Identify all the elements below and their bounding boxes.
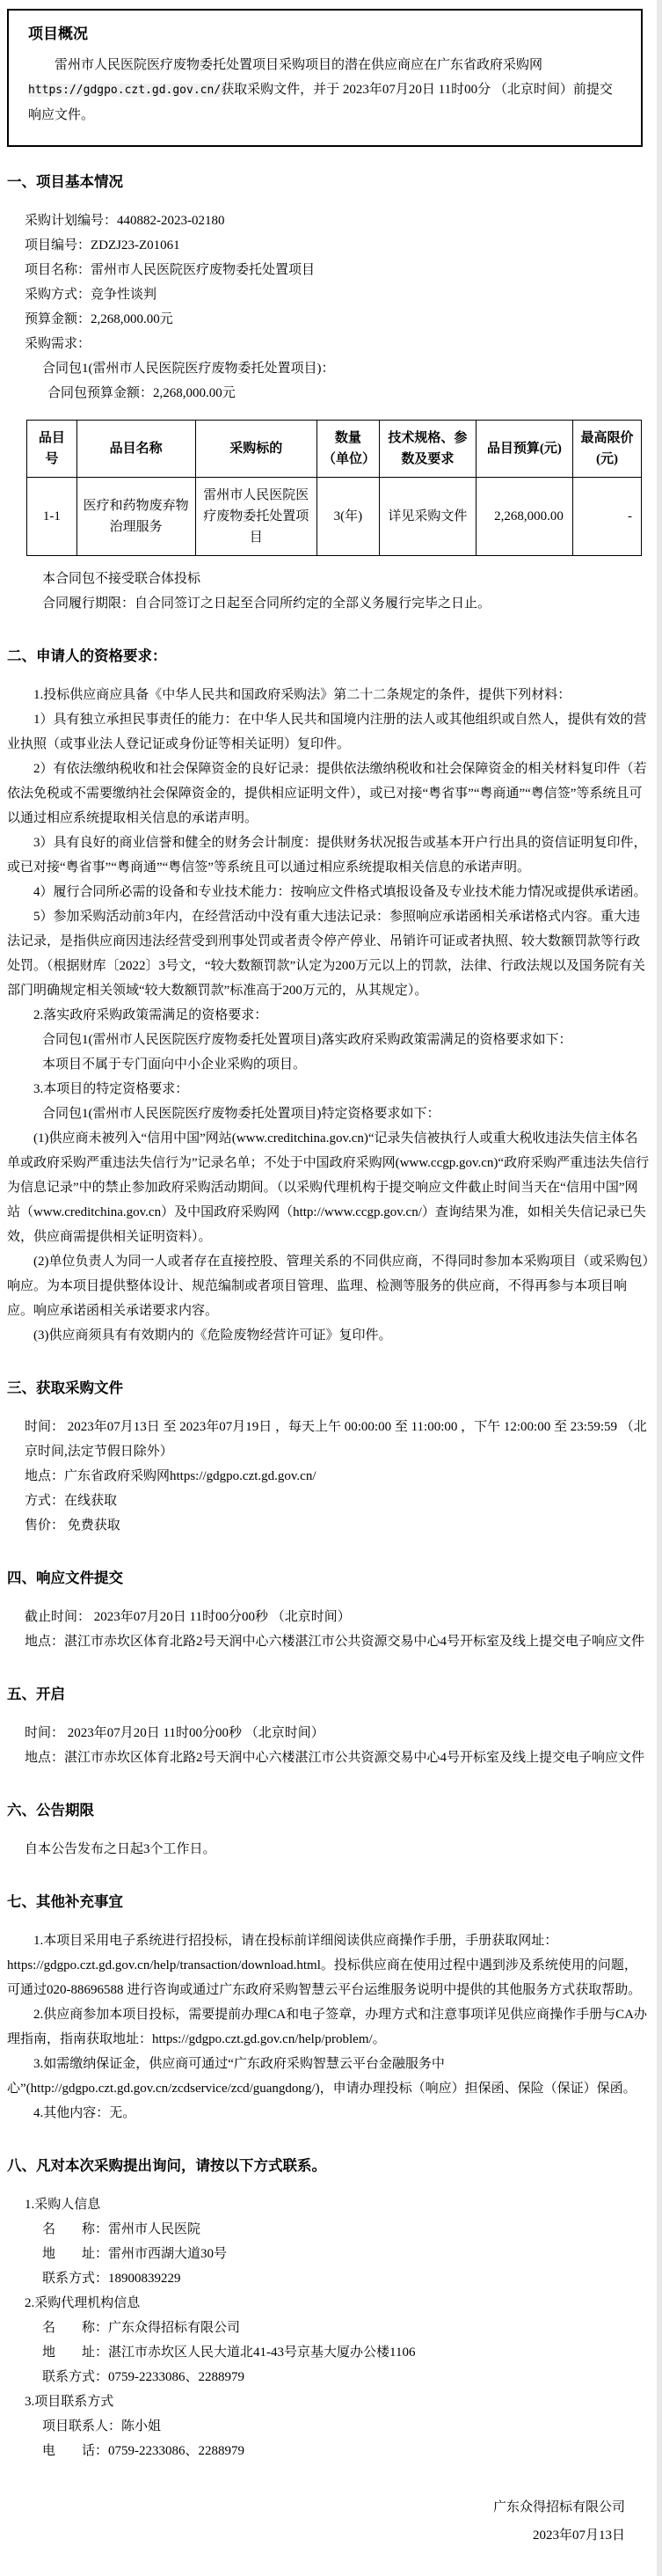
obtain-method: 方式：在线获取 [25,1489,650,1513]
cell-max-price: - [572,478,641,556]
qual-item-1-2: 2）有依法缴纳税收和社会保障资金的良好记录：提供依法缴纳税收和社会保障资金的相关… [7,757,650,831]
project-contact-person: 项目联系人：陈小姐 [42,2414,650,2439]
footer-signature: 广东众得招标有限公司 2023年07月13日 [7,2493,650,2550]
project-overview-box: 项目概况 雷州市人民医院医疗废物委托处置项目采购项目的潜在供应商应在广东省政府采… [7,9,643,147]
qual-item-2-1: 合同包1(雷州市人民医院医疗废物委托处置项目)落实政府采购政策需满足的资格要求如… [42,1028,650,1052]
col-header-max-price: 最高限价(元) [572,421,641,478]
announcement-page: 项目概况 雷州市人民医院医疗废物委托处置项目采购项目的潜在供应商应在广东省政府采… [0,0,662,2576]
col-header-spec: 技术规格、参数及要求 [379,421,476,478]
supplementary-item-4: 4.其他内容：无。 [7,2101,650,2126]
qual-item-3-3: (2)单位负责人为同一人或者存在直接控股、管理关系的不同供应商，不得同时参加本采… [7,1249,650,1323]
obtain-time: 时间： 2023年07月13日 至 2023年07月19日 ，每天上午 00:0… [25,1415,650,1464]
procurement-demand-label: 采购需求： [25,332,650,356]
footer-company: 广东众得招标有限公司 [7,2493,625,2521]
plan-number: 采购计划编号：440882-2023-02180 [25,209,650,233]
obtain-price: 售价： 免费获取 [25,1513,650,1538]
qual-item-3: 3.本项目的特定资格要求： [7,1077,650,1101]
project-contact-phone: 电 话：0759-2233086、2288979 [42,2439,650,2463]
procurement-method: 采购方式：竞争性谈判 [25,282,650,307]
section-obtain-documents-heading: 三、获取采购文件 [7,1378,650,1399]
agent-name: 名 称：广东众得招标有限公司 [42,2316,650,2340]
submission-place: 地点：湛江市赤坎区体育北路2号天润中心六楼湛江市公共资源交易中心4号开标室及线上… [25,1629,650,1654]
buyer-info-title: 1.采购人信息 [25,2192,650,2217]
buyer-name: 名 称：雷州市人民医院 [42,2217,650,2242]
col-header-budget: 品目预算(元) [476,421,572,478]
submission-deadline: 截止时间： 2023年07月20日 11时00分00秒 （北京时间） [25,1605,650,1629]
supplementary-item-1: 1.本项目采用电子系统进行招投标，请在投标前详细阅读供应商操作手册，手册获取网址… [7,1928,650,2002]
procurement-site-url: https://gdgpo.czt.gd.gov.cn/ [28,84,221,97]
supplementary-item-2: 2.供应商参加本项目投标，需要提前办理CA和电子签章，办理方式和注意事项详见供应… [7,2002,650,2052]
qual-item-1-3: 3）具有良好的商业信誉和健全的财务会计制度：提供财务状况报告或基本开户行出具的资… [7,831,650,880]
opening-place: 地点：湛江市赤坎区体育北路2号天润中心六楼湛江市公共资源交易中心4号开标室及线上… [25,1745,650,1770]
items-table: 品目号 品目名称 采购标的 数量（单位） 技术规格、参数及要求 品目预算(元) … [26,420,642,556]
project-number: 项目编号：ZDZJ23-Z01061 [25,233,650,258]
qual-item-1-1: 1）具有独立承担民事责任的能力：在中华人民共和国境内注册的法人或其他组织或自然人… [7,707,650,757]
project-name: 项目名称：雷州市人民医院医疗废物委托处置项目 [25,258,650,282]
package-budget: 合同包预算金额：2,268,000.00元 [47,381,650,406]
cell-item-no: 1-1 [27,478,77,556]
col-header-item-no: 品目号 [27,421,77,478]
qual-item-3-1: 合同包1(雷州市人民医院医疗废物委托处置项目)特定资格要求如下： [42,1101,650,1126]
col-header-quantity: 数量（单位） [316,421,379,478]
cell-spec: 详见采购文件 [379,478,476,556]
overview-text-before-url: 雷州市人民医院医疗废物委托处置项目采购项目的潜在供应商应在广东省政府采购网 [55,58,542,72]
right-edge-strip [657,0,662,2576]
budget-amount: 预算金额：2,268,000.00元 [25,307,650,332]
qual-item-1-4: 4）履行合同所必需的设备和专业技术能力：按响应文件格式填报设备及专业技术能力情况… [7,880,650,904]
buyer-contact: 联系方式：18900839229 [42,2266,650,2291]
agent-info-title: 2.采购代理机构信息 [25,2291,650,2316]
qual-item-1: 1.投标供应商应具备《中华人民共和国政府采购法》第二十二条规定的条件，提供下列材… [7,683,650,707]
obtain-place: 地点：广东省政府采购网https://gdgpo.czt.gd.gov.cn/ [25,1464,650,1489]
qual-item-1-5: 5）参加采购活动前3年内，在经营活动中没有重大违法记录：参照响应承诺函相关承诺格… [7,904,650,1003]
cell-item-name: 医疗和药物废弃物治理服务 [76,478,195,556]
qual-item-2: 2.落实政府采购政策需满足的资格要求： [7,1003,650,1028]
contract-term-note: 合同履行期限：自合同签订之日起至合同所约定的全部义务履行完毕之日止。 [42,591,650,616]
overview-title: 项目概况 [28,21,622,48]
project-contact-title: 3.项目联系方式 [25,2389,650,2414]
col-header-item-name: 品目名称 [76,421,195,478]
agent-contact: 联系方式：0759-2233086、2288979 [42,2365,650,2389]
section-submission-heading: 四、响应文件提交 [7,1568,650,1589]
opening-time: 时间： 2023年07月20日 11时00分00秒 （北京时间） [25,1721,650,1745]
qual-item-3-4: (3)供应商须具有有效期内的《危险废物经营许可证》复印件。 [7,1323,650,1348]
qual-item-3-2: (1)供应商未被列入“信用中国”网站(www.creditchina.gov.c… [7,1126,650,1249]
cell-budget: 2,268,000.00 [476,478,572,556]
col-header-target: 采购标的 [195,421,316,478]
cell-target: 雷州市人民医院医疗废物委托处置项目 [195,478,316,556]
section-supplementary-heading: 七、其他补充事宜 [7,1892,650,1913]
agent-address: 地 址：湛江市赤坎区人民大道北41-43号京基大厦办公楼1106 [42,2340,650,2365]
footer-date: 2023年07月13日 [7,2521,625,2550]
no-consortium-note: 本合同包不接受联合体投标 [42,567,650,591]
cell-quantity: 3(年) [316,478,379,556]
section-opening-heading: 五、开启 [7,1684,650,1705]
section-announcement-period-heading: 六、公告期限 [7,1800,650,1821]
section-qualification-heading: 二、申请人的资格要求： [7,646,650,667]
section-basic-info-heading: 一、项目基本情况 [7,172,650,193]
table-row: 1-1 医疗和药物废弃物治理服务 雷州市人民医院医疗废物委托处置项目 3(年) … [27,478,642,556]
qual-item-2-2: 本项目不属于专门面向中小企业采购的项目。 [42,1052,650,1077]
buyer-address: 地 址：雷州市西湖大道30号 [42,2242,650,2266]
section-contact-heading: 八、凡对本次采购提出询问，请按以下方式联系。 [7,2155,650,2177]
announcement-period-text: 自本公告发布之日起3个工作日。 [25,1837,650,1862]
package-title: 合同包1(雷州市人民医院医疗废物委托处置项目)： [42,356,650,381]
table-header-row: 品目号 品目名称 采购标的 数量（单位） 技术规格、参数及要求 品目预算(元) … [27,421,642,478]
overview-paragraph: 雷州市人民医院医疗废物委托处置项目采购项目的潜在供应商应在广东省政府采购网htt… [28,53,622,128]
supplementary-item-3: 3.如需缴纳保证金，供应商可通过“广东政府采购智慧云平台金融服务中心”(http… [7,2052,650,2101]
